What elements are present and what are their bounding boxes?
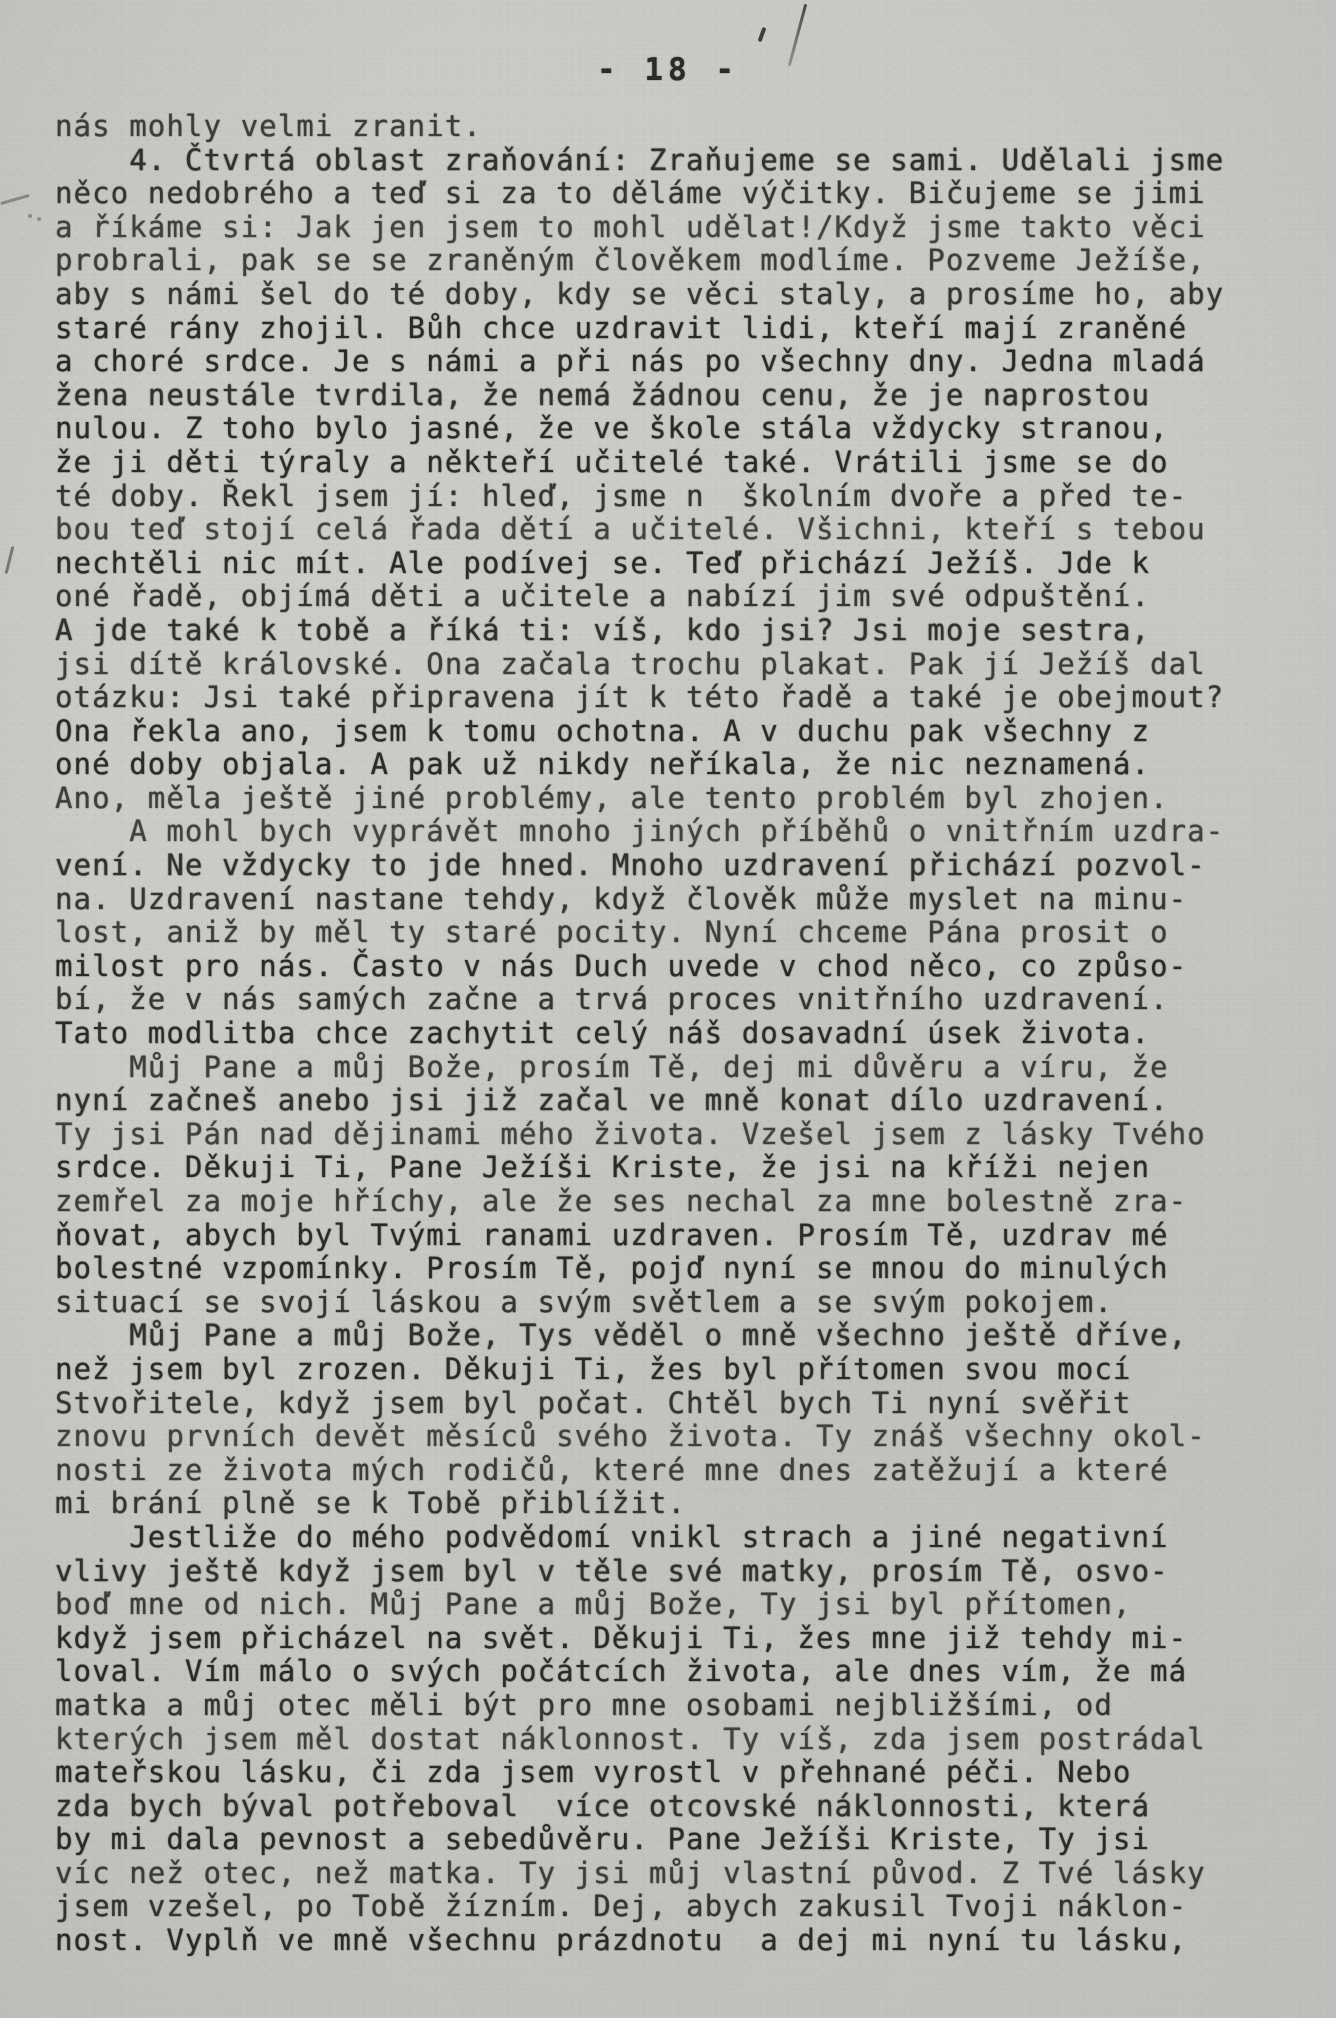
text-line: nost. Vyplň ve mně všechnu prázdnotu a d… (55, 1924, 1295, 1958)
margin-check-mark (0, 194, 30, 205)
text-line: Ty jsi Pán nad dějinami mého života. Vze… (55, 1118, 1295, 1152)
text-line: oné řadě, objímá děti a učitele a nabízí… (55, 580, 1295, 614)
text-line: boď mne od nich. Můj Pane a můj Bože, Ty… (55, 1588, 1295, 1622)
scanned-page: - 18 - nás mohly velmi zranit. 4. Čtvrtá… (0, 0, 1336, 2018)
text-line: probrali, pak se se zraněným člověkem mo… (55, 244, 1295, 278)
text-line: srdce. Děkuji Ti, Pane Ježíši Kriste, že… (55, 1151, 1295, 1185)
text-line: zda bych býval potřeboval více otcovské … (55, 1790, 1295, 1824)
text-line: kterých jsem měl dostat náklonnost. Ty v… (55, 1723, 1295, 1757)
text-line: něco nedobrého a teď si za to děláme výč… (55, 177, 1295, 211)
text-line: jsem vzešel, po Tobě žízním. Dej, abych … (55, 1890, 1295, 1924)
text-line: Ano, měla ještě jiné problémy, ale tento… (55, 782, 1295, 816)
text-line: Jestliže do mého podvědomí vnikl strach … (55, 1521, 1295, 1555)
text-line: mi brání plně se k Tobě přiblížit. (55, 1487, 1295, 1521)
stray-tick-mark (758, 27, 767, 42)
text-line: Ona řekla ano, jsem k tomu ochotna. A v … (55, 715, 1295, 749)
text-line: aby s námi šel do té doby, kdy se věci s… (55, 278, 1295, 312)
text-line: když jsem přicházel na svět. Děkuji Ti, … (55, 1622, 1295, 1656)
text-line: bí, že v nás samých začne a trvá proces … (55, 983, 1295, 1017)
text-line: situací se svojí láskou a svým světlem a… (55, 1286, 1295, 1320)
text-line: Můj Pane a můj Bože, prosím Tě, dej mi d… (55, 1051, 1295, 1085)
text-line: by mi dala pevnost a sebedůvěru. Pane Je… (55, 1823, 1295, 1857)
text-line: ňovat, abych byl Tvými ranami uzdraven. … (55, 1219, 1295, 1253)
text-line: vení. Ne vždycky to jde hned. Mnoho uzdr… (55, 849, 1295, 883)
text-line: Stvořitele, když jsem byl počat. Chtěl b… (55, 1387, 1295, 1421)
text-line: Můj Pane a můj Bože, Tys věděl o mně vše… (55, 1319, 1295, 1353)
page-number: - 18 - (0, 52, 1336, 88)
text-line: žena neustále tvrdila, že nemá žádnou ce… (55, 379, 1295, 413)
text-line: nulou. Z toho bylo jasné, že ve škole st… (55, 412, 1295, 446)
margin-slash-mark (5, 546, 15, 574)
text-line: bou teď stojí celá řada dětí a učitelé. … (55, 513, 1295, 547)
text-line: matka a můj otec měli být pro mne osobam… (55, 1689, 1295, 1723)
text-line: nyní začneš anebo jsi již začal ve mně k… (55, 1084, 1295, 1118)
text-line: jsi dítě královské. Ona začala trochu pl… (55, 648, 1295, 682)
text-line: nás mohly velmi zranit. (55, 110, 1295, 144)
margin-dots-mark (28, 214, 32, 218)
text-line: A mohl bych vyprávět mnoho jiných příběh… (55, 815, 1295, 849)
text-line: staré rány zhojil. Bůh chce uzdravit lid… (55, 312, 1295, 346)
text-line: nosti ze života mých rodičů, které mne d… (55, 1454, 1295, 1488)
text-line: že ji děti týraly a někteří učitelé také… (55, 446, 1295, 480)
text-line: nechtěli nic mít. Ale podívej se. Teď př… (55, 547, 1295, 581)
text-line: Tato modlitba chce zachytit celý náš dos… (55, 1017, 1295, 1051)
text-line: milost pro nás. Často v nás Duch uvede v… (55, 950, 1295, 984)
text-line: lost, aniž by měl ty staré pocity. Nyní … (55, 916, 1295, 950)
text-line: a říkáme si: Jak jen jsem to mohl udělat… (55, 211, 1295, 245)
text-line: bolestné vzpomínky. Prosím Tě, pojď nyní… (55, 1252, 1295, 1286)
text-line: A jde také k tobě a říká ti: víš, kdo js… (55, 614, 1295, 648)
text-line: oné doby objala. A pak už nikdy neříkala… (55, 748, 1295, 782)
text-line: otázku: Jsi také připravena jít k této ř… (55, 681, 1295, 715)
text-line: té doby. Řekl jsem jí: hleď, jsme n škol… (55, 480, 1295, 514)
text-line: vlivy ještě když jsem byl v těle své mat… (55, 1555, 1295, 1589)
text-line: než jsem byl zrozen. Děkuji Ti, žes byl … (55, 1353, 1295, 1387)
text-line: mateřskou lásku, či zda jsem vyrostl v p… (55, 1756, 1295, 1790)
text-line: znovu prvních devět měsíců svého života.… (55, 1420, 1295, 1454)
text-line: loval. Vím málo o svých počátcích života… (55, 1655, 1295, 1689)
text-line: a choré srdce. Je s námi a při nás po vš… (55, 345, 1295, 379)
text-line: na. Uzdravení nastane tehdy, když člověk… (55, 883, 1295, 917)
text-line: zemřel za moje hříchy, ale že ses nechal… (55, 1185, 1295, 1219)
document-body: nás mohly velmi zranit. 4. Čtvrtá oblast… (55, 110, 1295, 1958)
text-line: víc než otec, než matka. Ty jsi můj vlas… (55, 1857, 1295, 1891)
text-line: 4. Čtvrtá oblast zraňování: Zraňujeme se… (55, 144, 1295, 178)
